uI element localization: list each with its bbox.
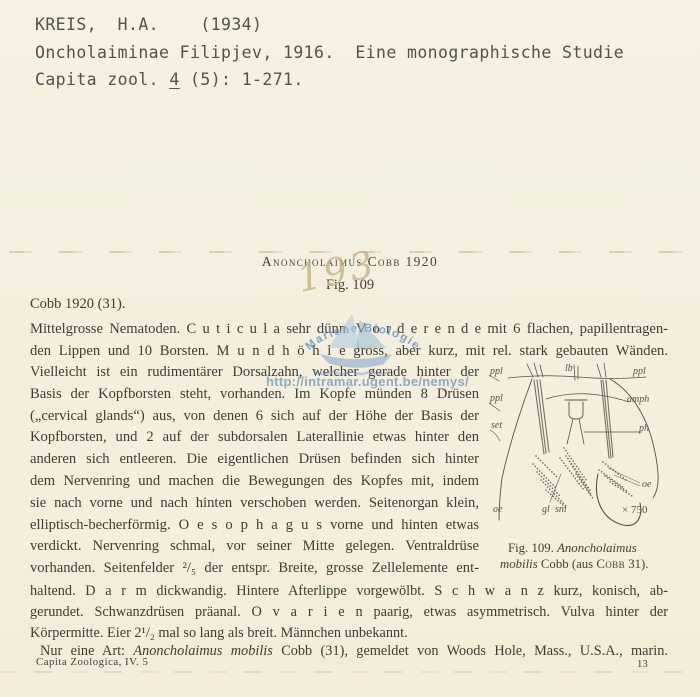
species-author-line: Cobb 1920 (31).: [30, 296, 125, 313]
citation-block: KREIS, H.A. (1934) Oncholaiminae Filipje…: [35, 11, 624, 94]
text-line: elliptisch-becherförmig. O e s o p h a g…: [30, 515, 479, 537]
text-line: sie nach vorne und nach hinten verschobe…: [30, 493, 479, 515]
text-line: Basis der Kopfborsten steht, vorhanden. …: [30, 384, 479, 406]
figure-label-gl: gl: [542, 505, 550, 515]
caption-end: 31).: [625, 557, 648, 571]
citation-author-line: KREIS, H.A. (1934): [35, 11, 624, 39]
text-line: den Lippen und 10 Borsten. M u n d h ö h…: [30, 340, 668, 362]
species-line-suffix: Cobb (31), gemeldet von Woods Hole, Mass…: [273, 643, 668, 659]
text-line: anderen sich entleeren. Die eigentlichen…: [30, 449, 479, 471]
figure-label-oe-right: oe: [642, 480, 651, 490]
figure-label-ppl-top-right: ppl: [633, 367, 646, 377]
text-line: dem Nervenring und machen die Bewegungen…: [30, 471, 479, 493]
figure-label-ppl-mid-left: ppl: [490, 394, 503, 404]
figure-label-ppl-top-left: ppl: [490, 367, 503, 377]
citation-title-line: Oncholaiminae Filipjev, 1916. Eine monog…: [35, 39, 624, 67]
figure-109: ppl lb ppl ppl amph set ph oe oe gl snl …: [486, 362, 674, 532]
figure-magnification: × 750: [622, 505, 647, 515]
text-line: verdickt. Nervenring schmal, vor seiner …: [30, 536, 479, 558]
figure-label-oe-bottom: oe: [493, 505, 502, 515]
text-line: Kopfborsten, und 2 auf der subdorsalen L…: [30, 427, 479, 449]
description-paragraph-top: Mittelgrosse Nematoden. C u t i c u l a …: [30, 318, 668, 363]
text-line: Vielleicht ist ein rudimentärer Dorsalza…: [30, 362, 479, 384]
caption-author-smallcaps: Cobb: [596, 557, 625, 571]
scan-page-bottom-edge: [0, 671, 700, 673]
description-column: Vielleicht ist ein rudimentärer Dorsalza…: [30, 362, 479, 580]
figure-caption: Fig. 109. Anoncholaimus mobilis Cobb (au…: [500, 541, 676, 572]
page-number: 13: [637, 658, 648, 670]
figure-label-amph: amph: [627, 395, 649, 405]
text-line: vorhanden. Seitenfelder ²/₅ der entspr. …: [30, 558, 479, 580]
scanned-document-page: KREIS, H.A. (1934) Oncholaiminae Filipje…: [0, 0, 700, 697]
citation-volume-number: 4: [169, 70, 179, 89]
figure-label-ph: ph: [639, 424, 649, 434]
text-line: haltend. D a r m dickwandig. Hintere Aft…: [30, 581, 668, 602]
citation-journal-prefix: Capita zool.: [35, 70, 169, 89]
description-paragraph-bottom: haltend. D a r m dickwandig. Hintere Aft…: [30, 581, 668, 643]
figure-label-lb: lb: [565, 364, 573, 374]
citation-journal-line: Capita zool. 4 (5): 1-271.: [35, 66, 624, 94]
text-line: Mittelgrosse Nematoden. C u t i c u l a …: [30, 318, 668, 340]
text-line: Körpermitte. Eier 2¹/₂ mal so lang als b…: [30, 623, 668, 644]
species-line-name: Anoncholaimus mobilis: [133, 643, 272, 659]
caption-mid: Cobb (aus: [538, 557, 597, 571]
text-line: („cervical glands“) aus, von denen 6 sic…: [30, 406, 479, 428]
citation-journal-suffix: (5): 1-271.: [180, 70, 304, 89]
signature-line: Capita Zoologica, IV. 5: [36, 656, 148, 668]
caption-fig-number: Fig. 109.: [508, 541, 557, 555]
text-line: gerundet. Schwanzdrüsen präanal. O v a r…: [30, 602, 668, 623]
figure-label-snl: snl: [555, 505, 567, 515]
figure-label-set: set: [491, 421, 502, 431]
